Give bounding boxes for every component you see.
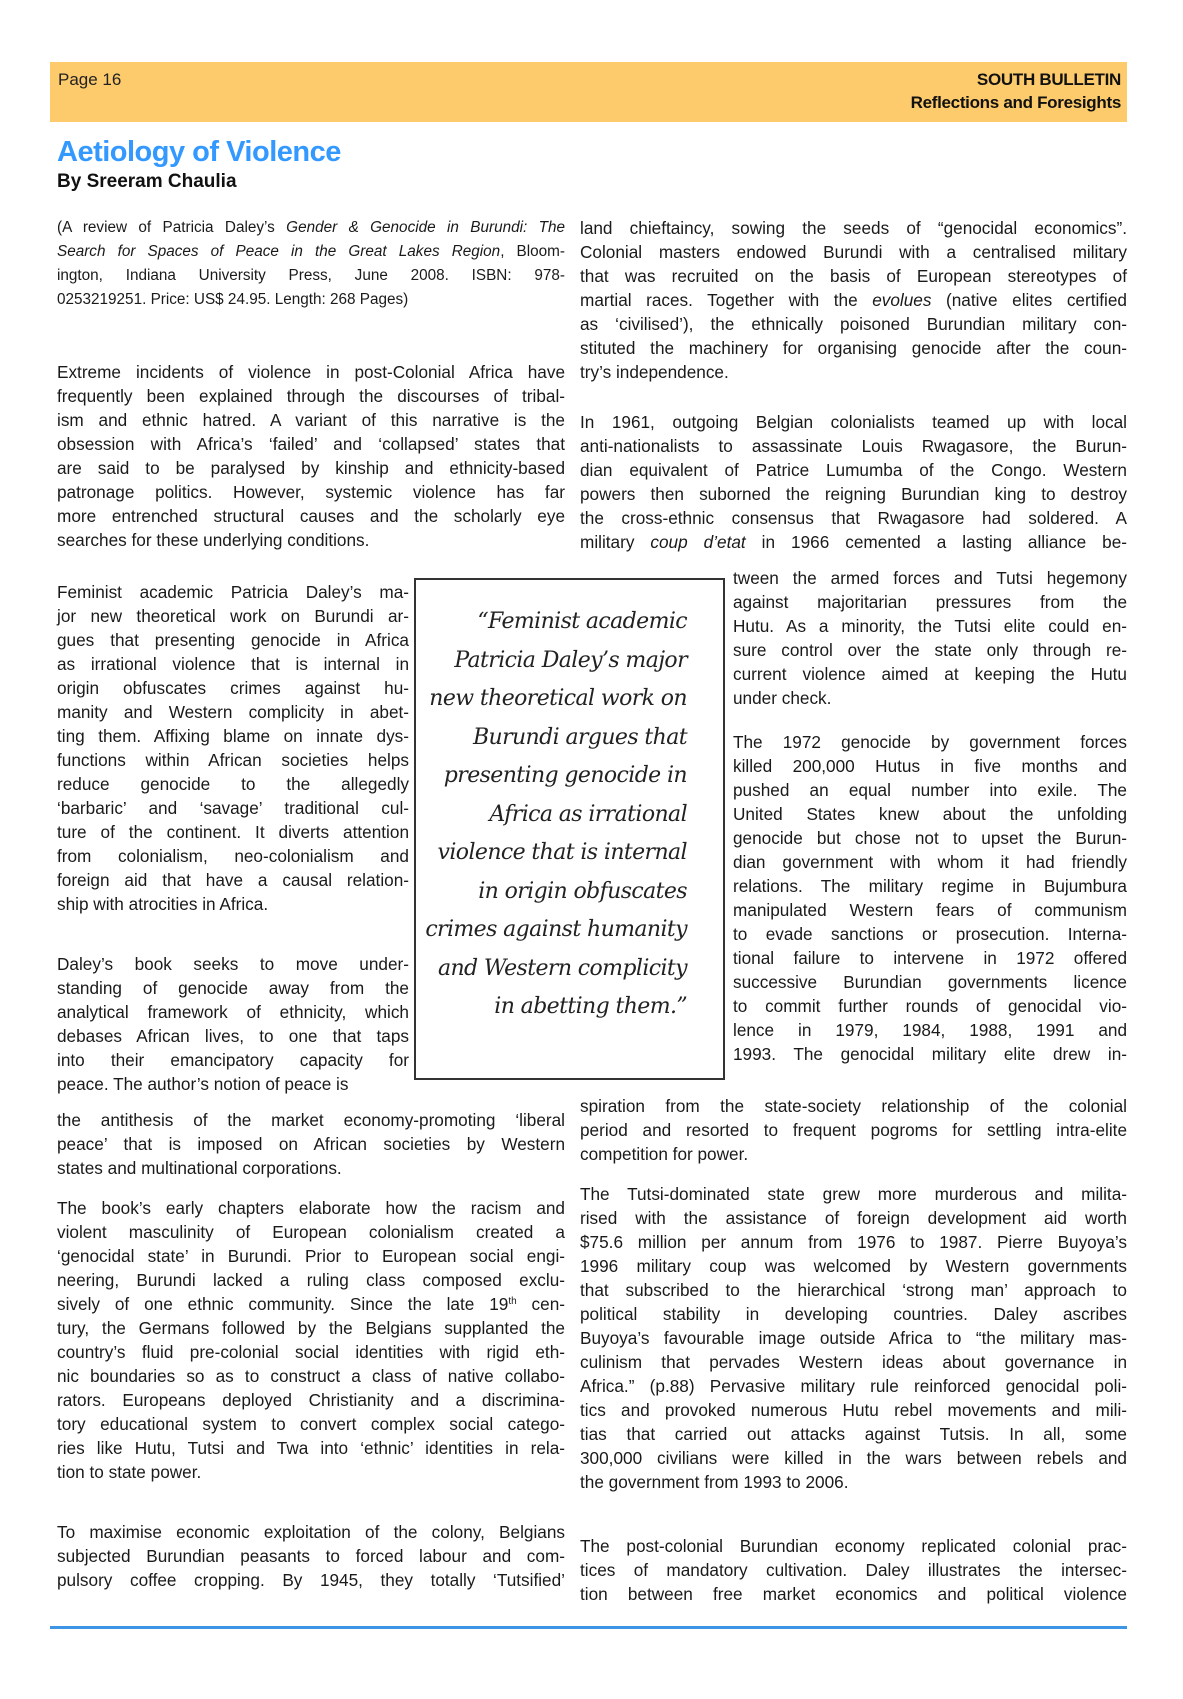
text-line: powers then suborned the reigning Burund… [580, 482, 1127, 506]
publication-section: Reflections and Foresights [911, 93, 1121, 113]
text-line: analytical framework of ethnicity, which [57, 1000, 409, 1024]
text-line: nic boundaries so as to construct a clas… [57, 1364, 565, 1388]
pull-quote-line: in origin obfuscates [478, 872, 687, 912]
text-line: foreign aid that have a causal relation- [57, 868, 409, 892]
paragraph: The Tutsi-dominated state grew more murd… [580, 1182, 1127, 1494]
pull-quote-line: in abetting them.” [494, 987, 687, 1027]
text-line: 300,000 civilians were killed in the war… [580, 1446, 1127, 1470]
text-line: try’s independence. [580, 360, 1127, 384]
text-line: Colonial masters endowed Burundi with a … [580, 240, 1127, 264]
text-line: ries like Hutu, Tutsi and Twa into ‘ethn… [57, 1436, 565, 1460]
text-line: as irrational violence that is internal … [57, 652, 409, 676]
text-line: pushed an equal number into exile. The [733, 778, 1127, 802]
text-line: debases African lives, to one that taps [57, 1024, 409, 1048]
text-line: political stability in developing countr… [580, 1302, 1127, 1326]
text-line: current violence aimed at keeping the Hu… [733, 662, 1127, 686]
text-line: killed 200,000 Hutus in five months and [733, 754, 1127, 778]
review-note-line: 0253219251. Price: US$ 24.95. Length: 26… [57, 288, 565, 312]
paragraph: land chieftaincy, sowing the seeds of “g… [580, 216, 1127, 384]
text-line: land chieftaincy, sowing the seeds of “g… [580, 216, 1127, 240]
text-line: $75.6 million per annum from 1976 to 198… [580, 1230, 1127, 1254]
text-line: more entrenched structural causes and th… [57, 504, 565, 528]
paragraph: The book’s early chapters elaborate how … [57, 1196, 565, 1484]
page-number: Page 16 [58, 70, 121, 90]
text-line: To maximise economic exploitation of the… [57, 1520, 565, 1544]
text-line: gues that presenting genocide in Africa [57, 628, 409, 652]
text-line: are said to be paralysed by kinship and … [57, 456, 565, 480]
text-line: 1996 military coup was welcomed by Weste… [580, 1254, 1127, 1278]
review-note-line: (A review of Patricia Daley’s Gender & G… [57, 216, 565, 240]
paragraph: Daley’s book seeks to move under-standin… [57, 952, 409, 1096]
text-line: Africa.” (p.88) Pervasive military rule … [580, 1374, 1127, 1398]
pull-quote-line: Africa as irrational [489, 795, 687, 835]
text-line: military coup d’etat in 1966 cemented a … [580, 530, 1127, 554]
text-line: In 1961, outgoing Belgian colonialists t… [580, 410, 1127, 434]
article-byline: By Sreeram Chaulia [57, 171, 237, 193]
text-line: competition for power. [580, 1142, 1127, 1166]
text-line: pulsory coffee cropping. By 1945, they t… [57, 1568, 565, 1592]
text-line: successive Burundian governments licence [733, 970, 1127, 994]
text-line: rised with the assistance of foreign dev… [580, 1206, 1127, 1230]
text-line: reduce genocide to the allegedly [57, 772, 409, 796]
text-line: sively of one ethnic community. Since th… [57, 1292, 565, 1316]
pull-quote-line: Burundi argues that [473, 718, 687, 758]
text-line: Extreme incidents of violence in post-Co… [57, 360, 565, 384]
paragraph: The 1972 genocide by government forceski… [733, 730, 1127, 1066]
review-note: (A review of Patricia Daley’s Gender & G… [57, 216, 565, 312]
page-header-band: Page 16 SOUTH BULLETIN Reflections and F… [50, 62, 1127, 122]
pull-quote-line: new theoretical work on [429, 679, 687, 719]
text-line: peace’ that is imposed on African societ… [57, 1132, 565, 1156]
text-line: patronage politics. However, systemic vi… [57, 480, 565, 504]
text-line: tury, the Germans followed by the Belgia… [57, 1316, 565, 1340]
text-line: against majoritarian pressures from the [733, 590, 1127, 614]
footer-rule [50, 1626, 1127, 1629]
pull-quote-line: violence that is internal [438, 833, 687, 873]
text-line: Hutu. As a minority, the Tutsi elite cou… [733, 614, 1127, 638]
pull-quote-line: crimes against humanity [425, 910, 687, 950]
text-line: violent masculinity of European colonial… [57, 1220, 565, 1244]
text-line: The 1972 genocide by government forces [733, 730, 1127, 754]
text-line: relations. The military regime in Bujumb… [733, 874, 1127, 898]
review-note-line: ington, Indiana University Press, June 2… [57, 264, 565, 288]
text-line: spiration from the state-society relatio… [580, 1094, 1127, 1118]
text-line: stituted the machinery for organising ge… [580, 336, 1127, 360]
text-line: anti-nationalists to assassinate Louis R… [580, 434, 1127, 458]
paragraph: In 1961, outgoing Belgian colonialists t… [580, 410, 1127, 554]
text-line: origin obfuscates crimes against hu- [57, 676, 409, 700]
text-line: Buyoya’s favourable image outside Africa… [580, 1326, 1127, 1350]
paragraph: spiration from the state-society relatio… [580, 1094, 1127, 1166]
article-title: Aetiology of Violence [57, 136, 341, 169]
text-line: The book’s early chapters elaborate how … [57, 1196, 565, 1220]
paragraph: tween the armed forces and Tutsi hegemon… [733, 566, 1127, 710]
text-line: under check. [733, 686, 1127, 710]
text-line: functions within African societies helps [57, 748, 409, 772]
text-line: 1993. The genocidal military elite drew … [733, 1042, 1127, 1066]
text-line: The Tutsi-dominated state grew more murd… [580, 1182, 1127, 1206]
review-note-line: Search for Spaces of Peace in the Great … [57, 240, 565, 264]
text-line: ‘genocidal state’ in Burundi. Prior to E… [57, 1244, 565, 1268]
text-line: peace. The author’s notion of peace is [57, 1072, 409, 1096]
text-line: Daley’s book seeks to move under- [57, 952, 409, 976]
text-line: culinism that pervades Western ideas abo… [580, 1350, 1127, 1374]
text-line: manipulated Western fears of communism [733, 898, 1127, 922]
paragraph: Feminist academic Patricia Daley’s ma-jo… [57, 580, 409, 916]
text-line: dian government with whom it had friendl… [733, 850, 1127, 874]
text-line: tics and provoked numerous Hutu rebel mo… [580, 1398, 1127, 1422]
paragraph: the antithesis of the market economy-pro… [57, 1108, 565, 1180]
publication-name: SOUTH BULLETIN [977, 70, 1121, 90]
text-line: period and resorted to frequent pogroms … [580, 1118, 1127, 1142]
text-line: tias that carried out attacks against Tu… [580, 1422, 1127, 1446]
text-line: lence in 1979, 1984, 1988, 1991 and [733, 1018, 1127, 1042]
text-line: into their emancipatory capacity for [57, 1048, 409, 1072]
pull-quote-line: Patricia Daley’s major [454, 641, 687, 681]
paragraph: To maximise economic exploitation of the… [57, 1520, 565, 1592]
pull-quote-line: and Western complicity [438, 949, 687, 989]
text-line: ting them. Affixing blame on innate dys- [57, 724, 409, 748]
text-line: that subscribed to the hierarchical ‘str… [580, 1278, 1127, 1302]
text-line: ship with atrocities in Africa. [57, 892, 409, 916]
text-line: frequently been explained through the di… [57, 384, 565, 408]
text-line: the cross-ethnic consensus that Rwagasor… [580, 506, 1127, 530]
text-line: country’s fluid pre-colonial social iden… [57, 1340, 565, 1364]
pull-quote-box: “Feminist academicPatricia Daley’s major… [414, 578, 725, 1080]
paragraph: Extreme incidents of violence in post-Co… [57, 360, 565, 552]
pull-quote-line: “Feminist academic [477, 602, 687, 642]
text-line: manity and Western complicity in abet- [57, 700, 409, 724]
text-line: tional failure to intervene in 1972 offe… [733, 946, 1127, 970]
text-line: subjected Burundian peasants to forced l… [57, 1544, 565, 1568]
text-line: tween the armed forces and Tutsi hegemon… [733, 566, 1127, 590]
text-line: Feminist academic Patricia Daley’s ma- [57, 580, 409, 604]
text-line: the government from 1993 to 2006. [580, 1470, 1127, 1494]
text-line: obsession with Africa’s ‘failed’ and ‘co… [57, 432, 565, 456]
text-line: tion to state power. [57, 1460, 565, 1484]
text-line: from colonialism, neo-colonialism and [57, 844, 409, 868]
text-line: states and multinational corporations. [57, 1156, 565, 1180]
text-line: searches for these underlying conditions… [57, 528, 565, 552]
text-line: rators. Europeans deployed Christianity … [57, 1388, 565, 1412]
text-line: that was recruited on the basis of Europ… [580, 264, 1127, 288]
text-line: neering, Burundi lacked a ruling class c… [57, 1268, 565, 1292]
text-line: standing of genocide away from the [57, 976, 409, 1000]
text-line: to commit further rounds of genocidal vi… [733, 994, 1127, 1018]
text-line: tices of mandatory cultivation. Daley il… [580, 1558, 1127, 1582]
text-line: the antithesis of the market economy-pro… [57, 1108, 565, 1132]
text-line: martial races. Together with the evolues… [580, 288, 1127, 312]
text-line: dian equivalent of Patrice Lumumba of th… [580, 458, 1127, 482]
text-line: ‘barbaric’ and ‘savage’ traditional cul- [57, 796, 409, 820]
text-line: jor new theoretical work on Burundi ar- [57, 604, 409, 628]
paragraph: The post-colonial Burundian economy repl… [580, 1534, 1127, 1606]
text-line: The post-colonial Burundian economy repl… [580, 1534, 1127, 1558]
text-line: tion between free market economics and p… [580, 1582, 1127, 1606]
text-line: sure control over the state only through… [733, 638, 1127, 662]
text-line: tory educational system to convert compl… [57, 1412, 565, 1436]
text-line: United States knew about the unfolding [733, 802, 1127, 826]
pull-quote-line: presenting genocide in [444, 756, 687, 796]
text-line: genocide but chose not to upset the Buru… [733, 826, 1127, 850]
text-line: to evade sanctions or prosecution. Inter… [733, 922, 1127, 946]
text-line: ism and ethnic hatred. A variant of this… [57, 408, 565, 432]
text-line: ture of the continent. It diverts attent… [57, 820, 409, 844]
text-line: as ‘civilised’), the ethnically poisoned… [580, 312, 1127, 336]
